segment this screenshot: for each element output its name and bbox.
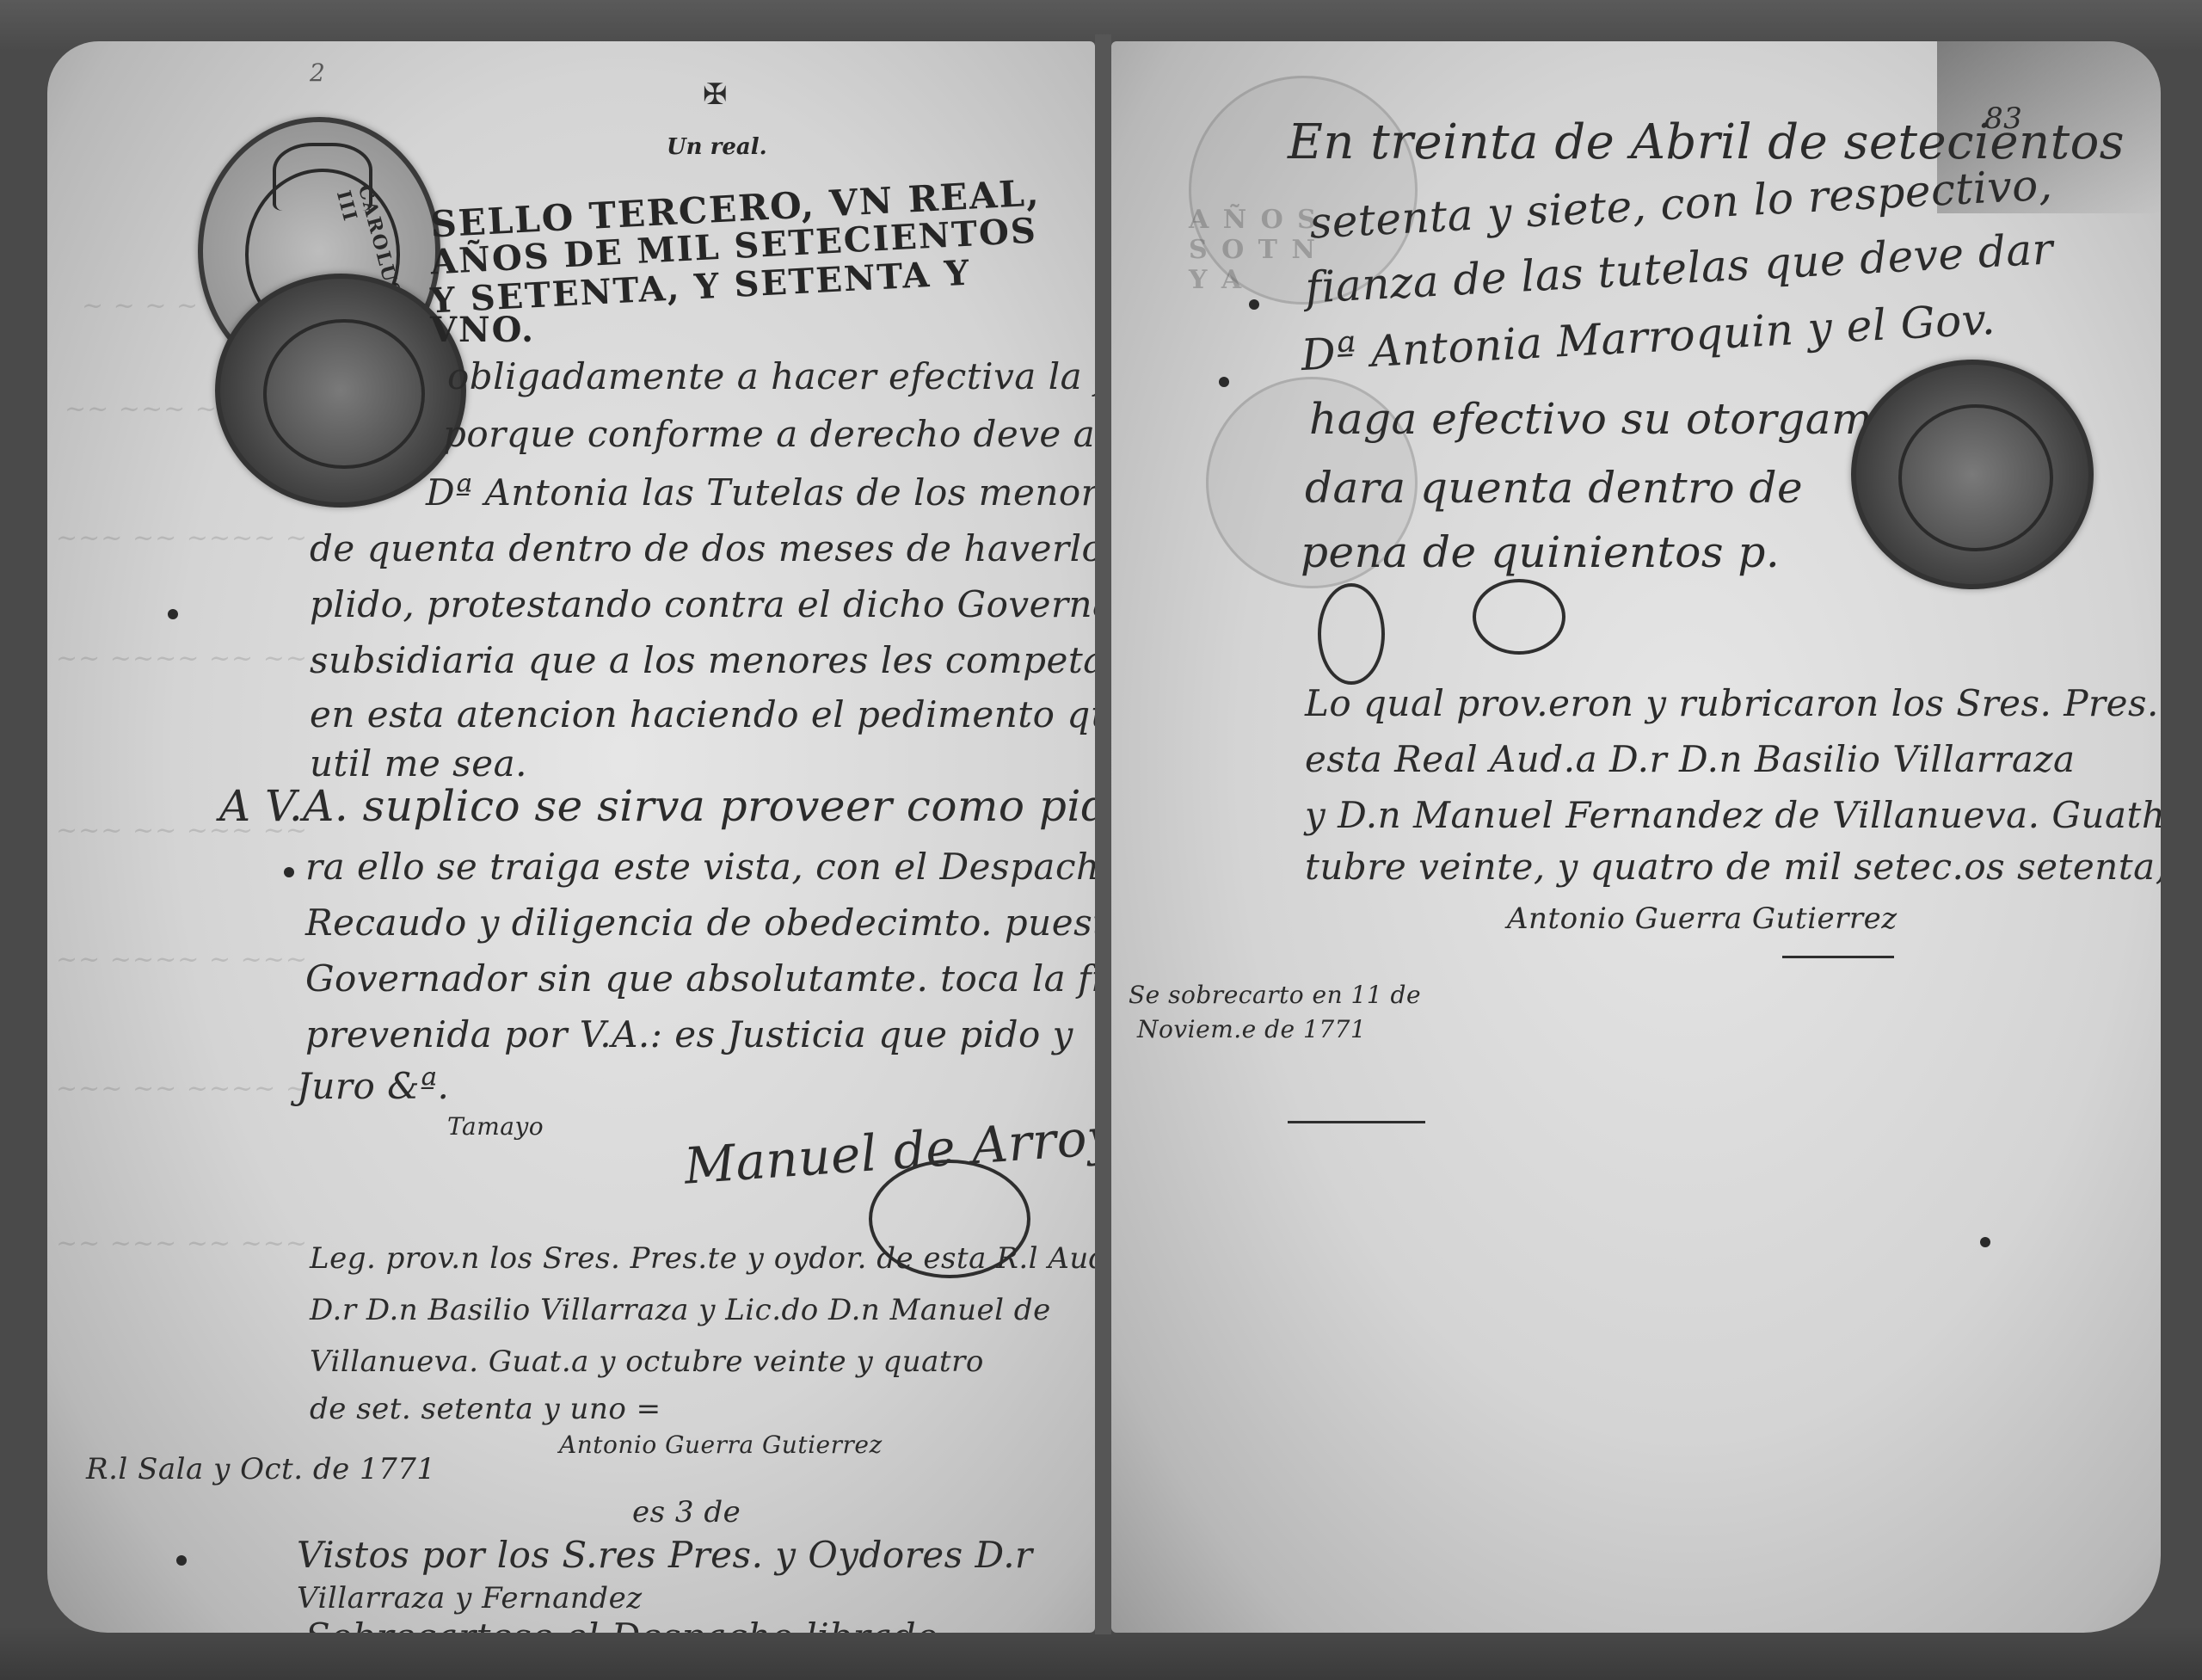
- signature-rule: [1782, 956, 1894, 958]
- ink-dot: [176, 1555, 187, 1566]
- body-line: dara quenta dentro de: [1305, 463, 1803, 513]
- body-line: subsidiaria que a los menores les compet…: [310, 639, 1095, 681]
- ruling-line: y D.n Manuel Fernandez de Villanueva. Gu…: [1305, 794, 2161, 836]
- decree-line: Leg. prov.n los Sres. Pres.te y oydor. d…: [310, 1241, 1095, 1276]
- ruling-line: esta Real Aud.a D.r D.n Basilio Villarra…: [1305, 738, 2076, 780]
- clerk-signature: Antonio Guerra Gutierrez: [559, 1431, 883, 1459]
- left-page: ~ ~ ~ ~ ~ ~ ~ ~ ~~ ~~~ ~~ ~~~ ~~~ ~~ ~~~…: [47, 41, 1095, 1633]
- clerk-signature: Antonio Guerra Gutierrez: [1507, 902, 1898, 936]
- corner-mark: 2: [310, 58, 325, 87]
- decree-line: de set. setenta y uno =: [310, 1392, 661, 1426]
- cross-mark: ✠: [703, 77, 728, 112]
- printed-header-line: VNO.: [430, 310, 535, 350]
- ruling-line: Lo qual prov.eron y rubricaron los Sres.…: [1305, 682, 2161, 724]
- petition-line: A V.A. suplico se sirva proveer como pid…: [219, 781, 1095, 831]
- petition-line: Juro &ª.: [297, 1065, 449, 1107]
- body-line: obligadamente a hacer efectiva la fianza: [447, 355, 1095, 397]
- book-gutter: [1095, 34, 1111, 1634]
- ink-dot: [1219, 377, 1229, 387]
- witness-mark: Tamayo: [447, 1112, 544, 1141]
- body-line: en esta atencion haciendo el pedimento q…: [310, 693, 1095, 735]
- decree-line: Villanueva. Guat.a y octubre veinte y qu…: [310, 1345, 984, 1379]
- petition-line: Governador sin que absolutamte. toca la …: [305, 957, 1095, 1000]
- ghost-print-line: A Ñ O S: [1189, 205, 1319, 235]
- petition-line: ra ello se traiga este vista, con el Des…: [305, 846, 1095, 888]
- petition-line: Recaudo y diligencia de obedecimto. pues…: [305, 902, 1095, 944]
- bleed-through-text: ~~ ~~~ ~~ ~~~: [56, 1228, 308, 1258]
- ghost-print-line: S O T N: [1189, 235, 1318, 265]
- ink-dot: [168, 609, 178, 619]
- ink-dot: [1980, 1237, 1990, 1247]
- closing-line: Sobrecartese el Despacho librado: [305, 1615, 938, 1633]
- margin-note: R.l Sala y Oct. de 1771: [86, 1452, 436, 1486]
- body-line: porque conforme a derecho deve asegurar: [443, 413, 1095, 455]
- bleed-through-text: ~~ ~~~~ ~ ~~~: [56, 945, 308, 975]
- ink-dot: [284, 867, 294, 877]
- bleed-through-text: ~~~ ~~ ~~~~ ~: [56, 523, 308, 553]
- ink-dot: [1249, 299, 1259, 310]
- seal-inner-ring: [1898, 404, 2054, 551]
- closing-line: Villarraza y Fernandez: [297, 1581, 643, 1615]
- wax-seal-stamp: [1851, 360, 2094, 589]
- value-label: Un real.: [667, 134, 767, 160]
- margin-note-line: Se sobrecarto en 11 de: [1129, 981, 1421, 1009]
- body-line: plido, protestando contra el dicho Gover…: [310, 583, 1095, 625]
- body-line: util me sea.: [310, 742, 527, 785]
- margin-note-rule: [1288, 1121, 1425, 1123]
- closing-line: Vistos por los S.res Pres. y Oydores D.r: [297, 1534, 1033, 1576]
- petition-line: prevenida por V.A.: es Justicia que pido…: [305, 1013, 1073, 1055]
- right-page: A Ñ O S S O T N Y A 83 En treinta de Abr…: [1111, 41, 2161, 1633]
- ghost-print-line: Y A: [1189, 265, 1244, 295]
- rubric-mark: [1318, 583, 1385, 685]
- ruling-line: tubre veinte, y quatro de mil setec.os s…: [1305, 846, 2161, 888]
- decree-line: D.r D.n Basilio Villarraza y Lic.do D.n …: [310, 1293, 1051, 1327]
- closing-line: es 3 de: [632, 1495, 741, 1529]
- seal-inner-ring: [263, 319, 424, 469]
- bleed-through-text: ~~ ~~~~ ~~ ~~: [56, 643, 308, 674]
- body-line: pena de quinientos p.: [1301, 527, 1780, 577]
- bleed-through-text: ~~~ ~~ ~~~~ ~: [56, 1074, 308, 1104]
- rubric-mark: [1473, 579, 1565, 655]
- margin-note-line: Noviem.e de 1771: [1137, 1015, 1366, 1043]
- body-line: Dª Antonia las Tutelas de los menores da…: [426, 471, 1095, 514]
- body-line: de quenta dentro de dos meses de haverlo…: [310, 527, 1095, 569]
